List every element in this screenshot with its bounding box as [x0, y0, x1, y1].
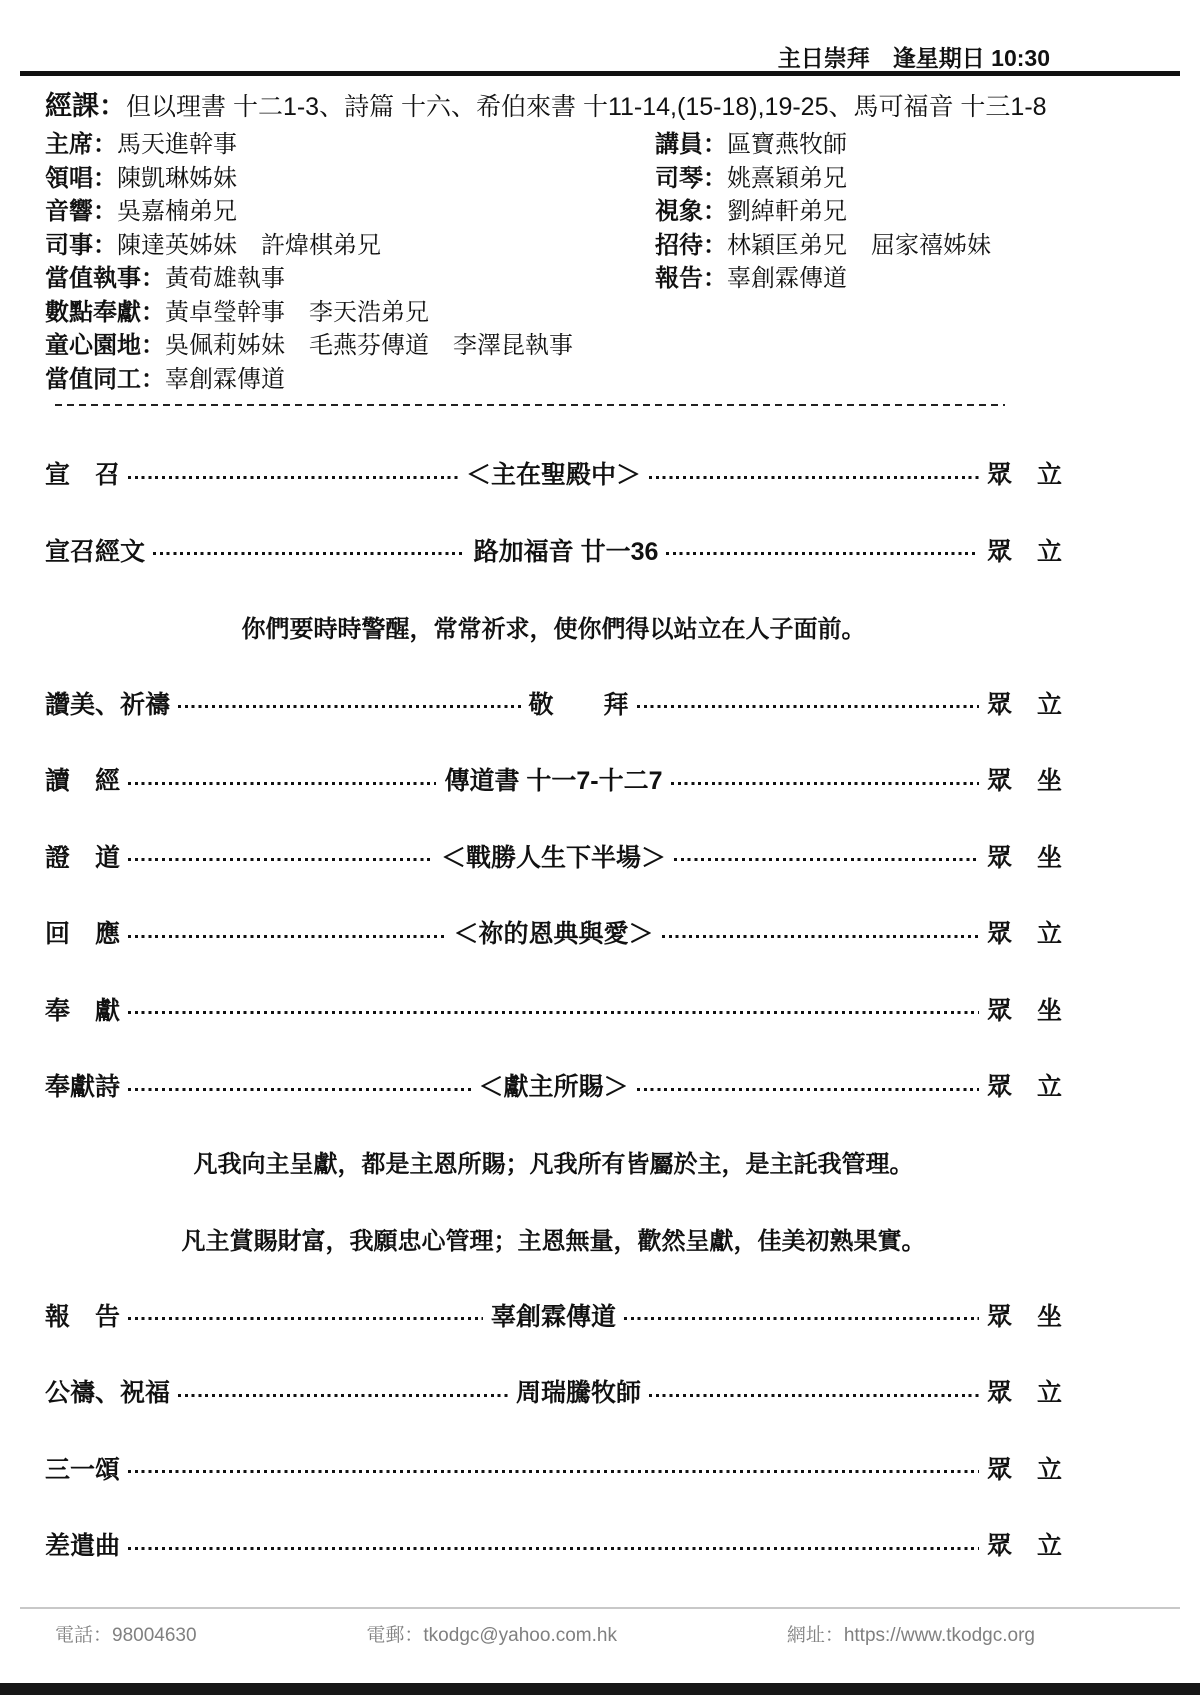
congregation-posture: 眾 立 [987, 914, 1062, 950]
role-cell: 主席：馬天進幹事 [45, 124, 655, 159]
role-value: 林穎匡弟兄 屈家禧姊妹 [727, 232, 991, 259]
role-label: 司事： [45, 232, 117, 259]
role-cell: 音響：吳嘉楠弟兄 [45, 191, 655, 226]
verse-text: 凡主賞賜財富，我願忠心管理；主恩無量，歡然呈獻，佳美初熟果實。 [182, 1221, 926, 1256]
scripture-label: 經課： [45, 91, 126, 121]
congregation-posture: 眾 坐 [987, 991, 1062, 1027]
role-cell: 領唱：陳凱琳姊妹 [45, 158, 655, 193]
role-label: 視象： [655, 198, 727, 225]
dotted-leader [128, 1011, 979, 1014]
role-label: 當值同工： [45, 366, 165, 393]
program-item-label: 宣 召 [45, 455, 120, 491]
program-item-label: 奉獻詩 [45, 1067, 120, 1103]
program-row: 回 應 ＜祢的恩典與愛＞ 眾 立 [45, 894, 1062, 971]
role-label: 司琴： [655, 165, 727, 192]
role-row: 童心園地：吳佩莉姊妹 毛燕芬傳道 李澤昆執事 [45, 325, 1175, 359]
role-label: 當值執事： [45, 265, 165, 292]
bulletin-page: 主日崇拜 逢星期日 10:30 經課：但以理書 十二1-3、詩篇 十六、希伯來書… [0, 0, 1200, 1697]
dotted-leader [178, 1394, 508, 1397]
dotted-leader [178, 705, 520, 708]
role-row: 當值執事：黃荀雄執事 報告：辜創霖傳道 [45, 258, 1175, 292]
program-row: 宣 召 ＜主在聖殿中＞ 眾 立 [45, 435, 1062, 512]
role-cell: 講員：區寶燕牧師 [655, 124, 1175, 159]
footer-phone: 電話：98004630 [55, 1620, 197, 1647]
congregation-posture: 眾 坐 [987, 761, 1062, 797]
dotted-leader [674, 858, 979, 861]
role-row: 主席：馬天進幹事 講員：區寶燕牧師 [45, 124, 1175, 158]
verse-text: 你們要時時警醒，常常祈求，使你們得以站立在人子面前。 [242, 609, 866, 644]
program-item-label: 讚美、祈禱 [45, 685, 170, 721]
dotted-leader [128, 858, 433, 861]
role-cell: 報告：辜創霖傳道 [655, 258, 1175, 293]
program-item-center: ＜獻主所賜＞ [479, 1067, 629, 1103]
dotted-leader [624, 1317, 979, 1320]
role-value: 區寶燕牧師 [727, 131, 847, 158]
program-item-label: 差遣曲 [45, 1526, 120, 1562]
role-value: 黃荀雄執事 [165, 265, 285, 292]
role-value: 陳達英姊妹 許煒棋弟兄 [117, 232, 381, 259]
program-row: 公禱、祝福 周瑞騰牧師 眾 立 [45, 1353, 1062, 1430]
congregation-posture: 眾 立 [987, 455, 1062, 491]
dotted-leader [128, 476, 458, 479]
role-row: 領唱：陳凱琳姊妹 司琴：姚熹穎弟兄 [45, 158, 1175, 192]
page-title: 主日崇拜 逢星期日 10:30 [778, 40, 1050, 73]
verse-row: 你們要時時警醒，常常祈求，使你們得以站立在人子面前。 [45, 588, 1062, 665]
verse-text: 凡我向主呈獻，都是主恩所賜；凡我所有皆屬於主，是主託我管理。 [194, 1144, 914, 1179]
congregation-posture: 眾 立 [987, 1450, 1062, 1486]
role-cell: 視象：劉綽軒弟兄 [655, 191, 1175, 226]
program-item-center: ＜祢的恩典與愛＞ [454, 914, 654, 950]
role-value: 吳佩莉姊妹 毛燕芬傳道 李澤昆執事 [165, 332, 573, 359]
dashed-separator [55, 404, 1005, 406]
program-item-label: 宣召經文 [45, 532, 145, 568]
dotted-leader [637, 705, 979, 708]
order-of-service: 宣 召 ＜主在聖殿中＞ 眾 立 宣召經文 路加福音 廿一36 眾 立 你們要時時… [45, 435, 1062, 1583]
dotted-leader [649, 1394, 979, 1397]
footer-email: 電郵：tkodgc@yahoo.com.hk [366, 1620, 617, 1647]
role-label: 數點奉獻： [45, 299, 165, 326]
role-row: 音響：吳嘉楠弟兄 視象：劉綽軒弟兄 [45, 191, 1175, 225]
role-value: 辜創霖傳道 [165, 366, 285, 393]
role-label: 講員： [655, 131, 727, 158]
program-row: 讚美、祈禱 敬 拜 眾 立 [45, 665, 1062, 742]
program-item-label: 公禱、祝福 [45, 1373, 170, 1409]
role-row: 數點奉獻：黃卓瑩幹事 李天浩弟兄 [45, 292, 1175, 326]
dotted-leader [671, 782, 979, 785]
dotted-leader [128, 1470, 979, 1473]
scripture-text: 但以理書 十二1-3、詩篇 十六、希伯來書 十11-14,(15-18),19-… [126, 93, 1047, 121]
program-item-center: 敬 拜 [529, 685, 629, 721]
page-bottom-bar [0, 1683, 1200, 1695]
dotted-leader [649, 476, 979, 479]
role-value: 黃卓瑩幹事 李天浩弟兄 [165, 299, 429, 326]
role-value: 辜創霖傳道 [727, 265, 847, 292]
program-item-center: ＜主在聖殿中＞ [466, 455, 641, 491]
role-value: 劉綽軒弟兄 [727, 198, 847, 225]
role-row: 司事：陳達英姊妹 許煒棋弟兄 招待：林穎匡弟兄 屈家禧姊妹 [45, 225, 1175, 259]
footer-rule [20, 1607, 1180, 1609]
role-label: 音響： [45, 198, 117, 225]
program-row: 宣召經文 路加福音 廿一36 眾 立 [45, 512, 1062, 589]
role-value: 吳嘉楠弟兄 [117, 198, 237, 225]
role-row: 當值同工：辜創霖傳道 [45, 359, 1175, 393]
program-item-center: 路加福音 廿一36 [474, 532, 659, 568]
role-cell: 當值同工：辜創霖傳道 [45, 359, 655, 394]
congregation-posture: 眾 立 [987, 685, 1062, 721]
congregation-posture: 眾 立 [987, 1067, 1062, 1103]
program-item-label: 奉 獻 [45, 991, 120, 1027]
program-item-label: 讀 經 [45, 761, 120, 797]
program-row: 差遣曲 眾 立 [45, 1506, 1062, 1583]
program-item-label: 三一頌 [45, 1450, 120, 1486]
program-item-label: 報 告 [45, 1297, 120, 1333]
dotted-leader [128, 1547, 979, 1550]
header-rule [20, 71, 1180, 76]
footer: 電話：98004630 電郵：tkodgc@yahoo.com.hk 網址：ht… [55, 1620, 1035, 1647]
program-item-label: 證 道 [45, 838, 120, 874]
role-value: 姚熹穎弟兄 [727, 165, 847, 192]
role-cell: 童心園地：吳佩莉姊妹 毛燕芬傳道 李澤昆執事 [45, 325, 655, 360]
dotted-leader [128, 782, 436, 785]
program-item-center: 周瑞騰牧師 [516, 1373, 641, 1409]
program-row: 奉獻詩 ＜獻主所賜＞ 眾 立 [45, 1047, 1062, 1124]
dotted-leader [128, 935, 445, 938]
roles-section: 主席：馬天進幹事 講員：區寶燕牧師 領唱：陳凱琳姊妹 司琴：姚熹穎弟兄 音響：吳… [45, 124, 1175, 392]
role-label: 報告： [655, 265, 727, 292]
role-value: 馬天進幹事 [117, 131, 237, 158]
congregation-posture: 眾 立 [987, 532, 1062, 568]
program-row: 證 道 ＜戰勝人生下半場＞ 眾 坐 [45, 818, 1062, 895]
role-label: 招待： [655, 232, 727, 259]
dotted-leader [666, 552, 979, 555]
congregation-posture: 眾 立 [987, 1526, 1062, 1562]
program-row: 報 告 辜創霖傳道 眾 坐 [45, 1277, 1062, 1354]
dotted-leader [637, 1088, 979, 1091]
role-cell: 司事：陳達英姊妹 許煒棋弟兄 [45, 225, 655, 260]
dotted-leader [153, 552, 466, 555]
dotted-leader [662, 935, 979, 938]
verse-row: 凡我向主呈獻，都是主恩所賜；凡我所有皆屬於主，是主託我管理。 [45, 1124, 1062, 1201]
footer-website: 網址：https://www.tkodgc.org [787, 1620, 1035, 1647]
congregation-posture: 眾 坐 [987, 838, 1062, 874]
role-cell: 當值執事：黃荀雄執事 [45, 258, 655, 293]
role-cell: 招待：林穎匡弟兄 屈家禧姊妹 [655, 225, 1175, 260]
role-label: 領唱： [45, 165, 117, 192]
dotted-leader [128, 1088, 470, 1091]
program-item-center: 傳道書 十一7-十二7 [444, 761, 662, 797]
program-item-center: 辜創霖傳道 [491, 1297, 616, 1333]
dotted-leader [128, 1317, 483, 1320]
program-row: 讀 經 傳道書 十一7-十二7 眾 坐 [45, 741, 1062, 818]
congregation-posture: 眾 立 [987, 1373, 1062, 1409]
role-cell: 司琴：姚熹穎弟兄 [655, 158, 1175, 193]
program-row: 奉 獻 眾 坐 [45, 971, 1062, 1048]
role-label: 童心園地： [45, 332, 165, 359]
congregation-posture: 眾 坐 [987, 1297, 1062, 1333]
verse-row: 凡主賞賜財富，我願忠心管理；主恩無量，歡然呈獻，佳美初熟果實。 [45, 1200, 1062, 1277]
role-cell: 數點奉獻：黃卓瑩幹事 李天浩弟兄 [45, 292, 655, 327]
role-value: 陳凱琳姊妹 [117, 165, 237, 192]
program-item-label: 回 應 [45, 914, 120, 950]
scripture-line: 經課：但以理書 十二1-3、詩篇 十六、希伯來書 十11-14,(15-18),… [45, 84, 1175, 123]
program-item-center: ＜戰勝人生下半場＞ [441, 838, 666, 874]
program-row: 三一頌 眾 立 [45, 1430, 1062, 1507]
role-label: 主席： [45, 131, 117, 158]
